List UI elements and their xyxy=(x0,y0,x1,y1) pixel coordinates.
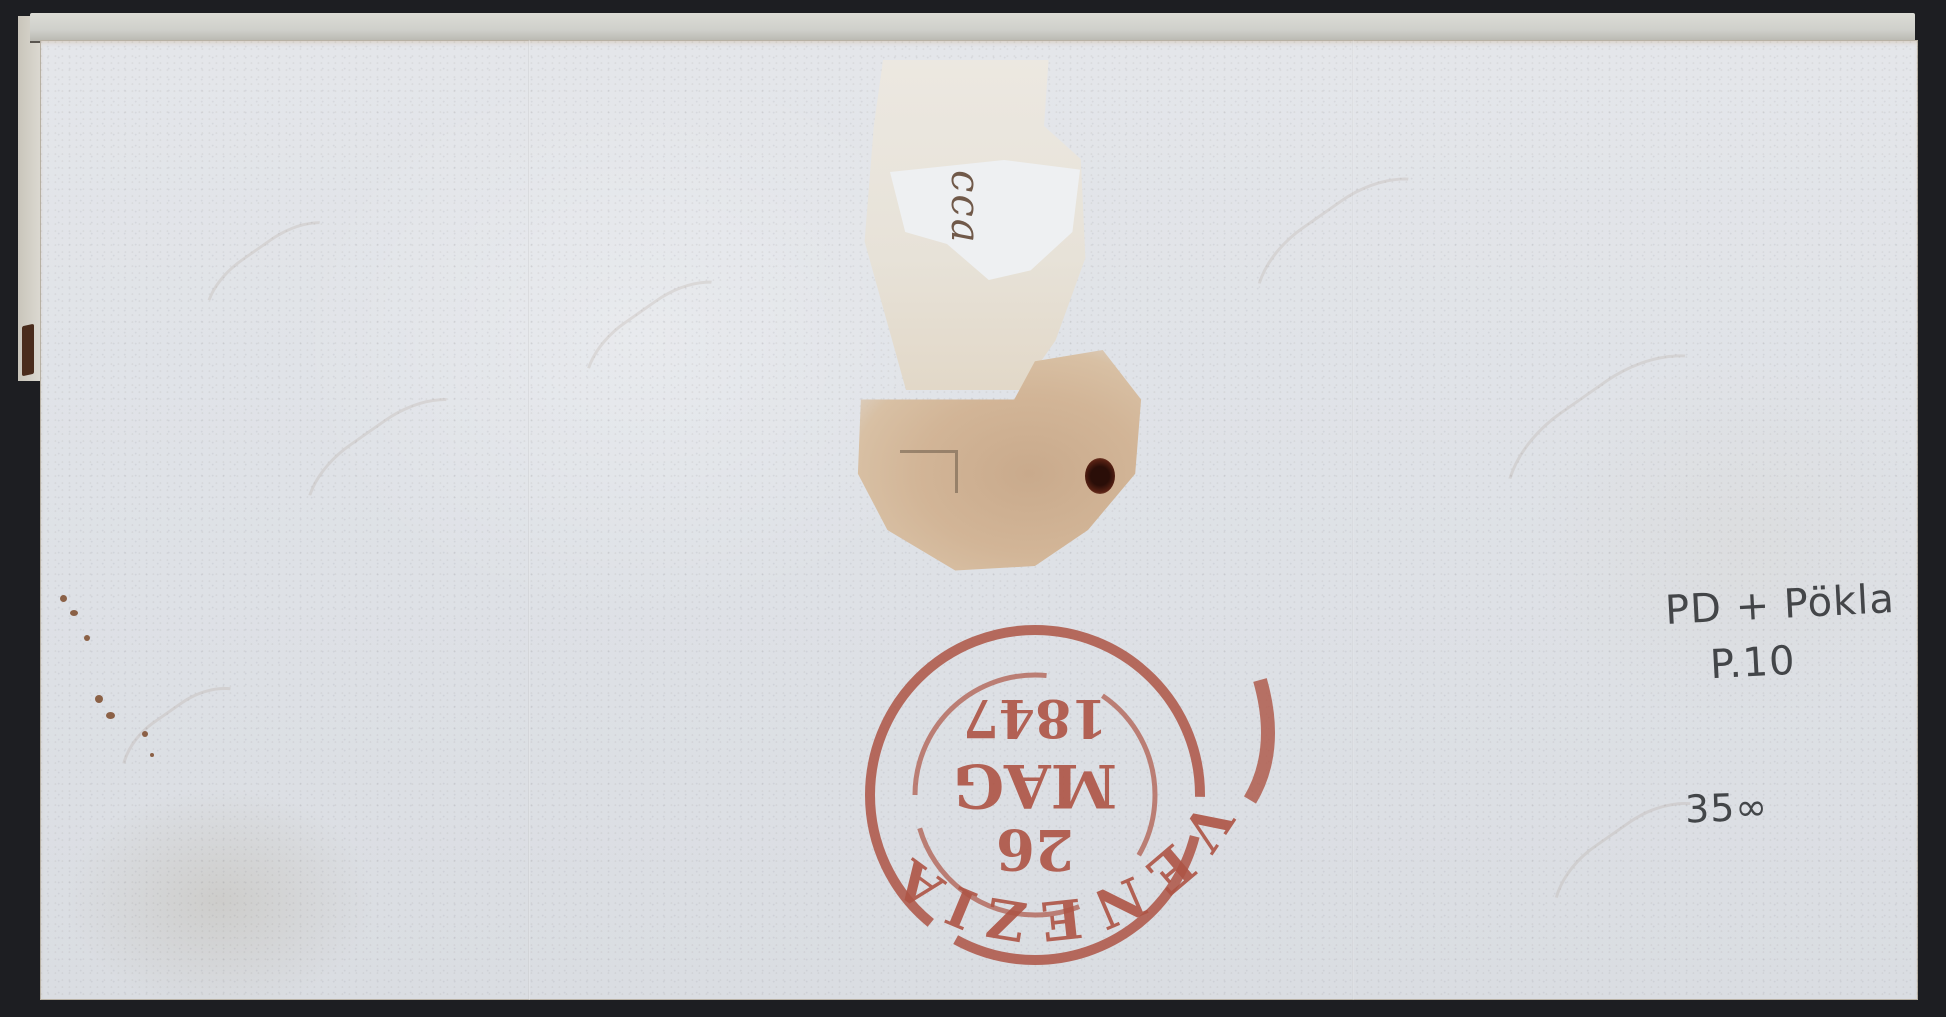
foxing-spot xyxy=(84,635,90,641)
letter-scan: cca VENEZIA 26 MAG 1847 PD + Pökla P.10 … xyxy=(0,0,1946,1017)
flap-stain xyxy=(22,324,34,377)
wax-seal-impression xyxy=(900,450,958,493)
seal-script-fragment: cca xyxy=(942,170,988,245)
pencil-note-reference: P.10 xyxy=(1709,638,1797,688)
fold-line xyxy=(528,40,530,1000)
top-flap-edge xyxy=(30,13,1915,43)
foxing-spot xyxy=(60,595,67,602)
postmark-month: MAG xyxy=(953,750,1117,820)
foxing-spot xyxy=(150,753,154,757)
postmark-day: 26 xyxy=(996,816,1074,882)
fold-line xyxy=(1352,40,1354,1000)
postmark-year: 1847 xyxy=(963,687,1108,748)
foxing-spot xyxy=(142,731,148,737)
postmark: VENEZIA 26 MAG 1847 xyxy=(790,600,1290,1010)
foxing-spot xyxy=(106,712,115,719)
foxing-spot xyxy=(95,695,103,703)
postmark-stamp: VENEZIA 26 MAG 1847 xyxy=(790,600,1290,1010)
foxing-spot xyxy=(70,610,78,616)
wax-seal-hole xyxy=(1085,458,1115,494)
pencil-note-price: 35∞ xyxy=(1684,785,1769,832)
